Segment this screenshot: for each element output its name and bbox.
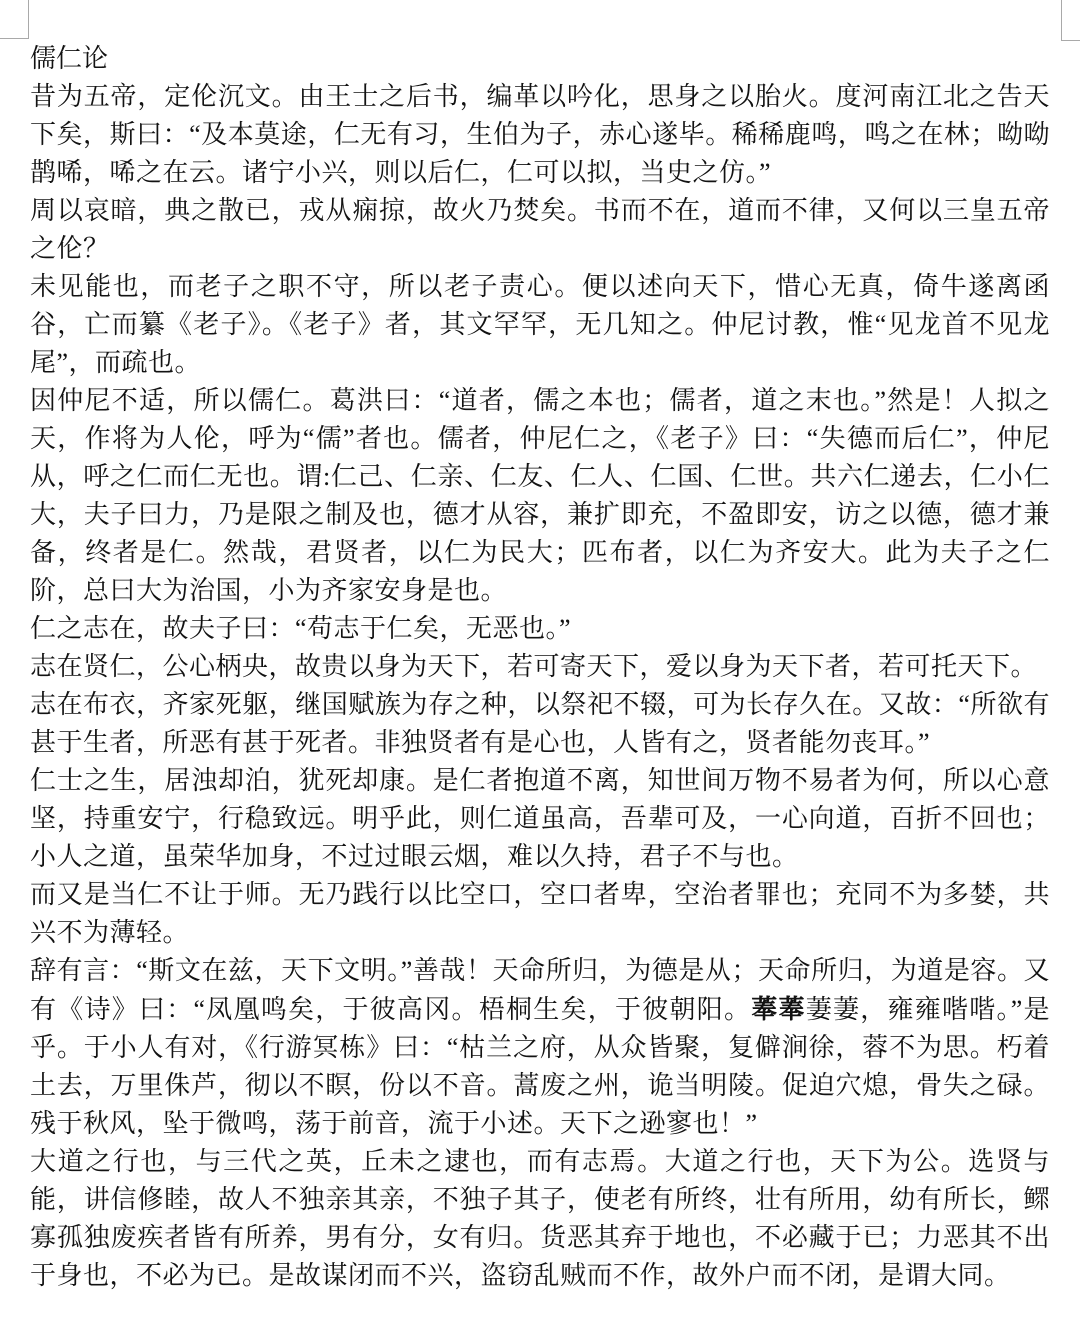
paragraph-text: 周以哀暗，典之散已，戎从痫掠，故火乃焚矣。书而不在，道而不律，又何以三皇五帝之伦… xyxy=(30,196,1050,263)
paragraph: 而又是当仁不让于师。无乃践行以比空口，空口者卑，空治者罪也；充同不为多婪，共兴不… xyxy=(30,876,1050,952)
paragraph: 志在贤仁，公心柄央，故贵以身为天下，若可寄天下，爱以身为天下者，若可托天下。 xyxy=(30,648,1050,686)
paragraph: 仁之志在，故夫子曰：“苟志于仁矣，无恶也。” xyxy=(30,610,1050,648)
document-title: 儒仁论 xyxy=(30,40,1050,78)
paragraph: 辞有言：“斯文在兹，天下文明。”善哉！天命所归，为德是从；天命所归，为道是容。又… xyxy=(30,952,1050,1143)
paragraph-text: 未见能也，而老子之职不守，所以老子责心。便以述向天下，惜心无真，倚牛遂离函谷，亡… xyxy=(30,272,1050,377)
crop-mark-top-left xyxy=(0,0,29,39)
paragraph: 大道之行也，与三代之英，丘未之逮也，而有志焉。大道之行也，天下为公。选贤与能，讲… xyxy=(30,1143,1050,1295)
document-content: 儒仁论 昔为五帝，定伦沉文。由王士之后书，编革以吟化，思身之以胎火。度河南江北之… xyxy=(30,40,1050,1295)
paragraph: 昔为五帝，定伦沉文。由王士之后书，编革以吟化，思身之以胎火。度河南江北之告天下矣… xyxy=(30,78,1050,192)
paragraph-text: 大道之行也，与三代之英，丘未之逮也，而有志焉。大道之行也，天下为公。选贤与能，讲… xyxy=(30,1147,1050,1290)
paragraph: 仁士之生，居浊却泊，犹死却康。是仁者抱道不离，知世间万物不易者为何，所以心意坚，… xyxy=(30,762,1050,876)
paragraph-text: 志在布衣，齐家死躯，继国赋族为存之种，以祭祀不辍，可为长存久在。又故：“所欲有甚… xyxy=(30,690,1050,757)
paragraph: 志在布衣，齐家死躯，继国赋族为存之种，以祭祀不辍，可为长存久在。又故：“所欲有甚… xyxy=(30,686,1050,762)
crop-mark-top-right xyxy=(1061,0,1080,41)
paragraph: 未见能也，而老子之职不守，所以老子责心。便以述向天下，惜心无真，倚牛遂离函谷，亡… xyxy=(30,268,1050,382)
paragraph-text: 而又是当仁不让于师。无乃践行以比空口，空口者卑，空治者罪也；充同不为多婪，共兴不… xyxy=(30,880,1050,947)
document-body: 昔为五帝，定伦沉文。由王士之后书，编革以吟化，思身之以胎火。度河南江北之告天下矣… xyxy=(30,78,1050,1295)
paragraph: 因仲尼不适，所以儒仁。葛洪曰：“道者，儒之本也；儒者，道之末也。”然是！人拟之天… xyxy=(30,382,1050,610)
paragraph: 周以哀暗，典之散已，戎从痫掠，故火乃焚矣。书而不在，道而不律，又何以三皇五帝之伦… xyxy=(30,192,1050,268)
paragraph-text: 昔为五帝，定伦沉文。由王士之后书，编革以吟化，思身之以胎火。度河南江北之告天下矣… xyxy=(30,82,1050,187)
paragraph-text: 因仲尼不适，所以儒仁。葛洪曰：“道者，儒之本也；儒者，道之末也。”然是！人拟之天… xyxy=(30,386,1050,605)
paragraph-text: 志在贤仁，公心柄央，故贵以身为天下，若可寄天下，爱以身为天下者，若可托天下。 xyxy=(30,652,1037,681)
document-page: 儒仁论 昔为五帝，定伦沉文。由王士之后书，编革以吟化，思身之以胎火。度河南江北之… xyxy=(0,0,1080,1321)
paragraph-text: 仁士之生，居浊却泊，犹死却康。是仁者抱道不离，知世间万物不易者为何，所以心意坚，… xyxy=(30,766,1050,871)
paragraph-bold-segment: 菶菶 xyxy=(751,994,806,1024)
paragraph-text: 仁之志在，故夫子曰：“苟志于仁矣，无恶也。” xyxy=(30,614,571,643)
